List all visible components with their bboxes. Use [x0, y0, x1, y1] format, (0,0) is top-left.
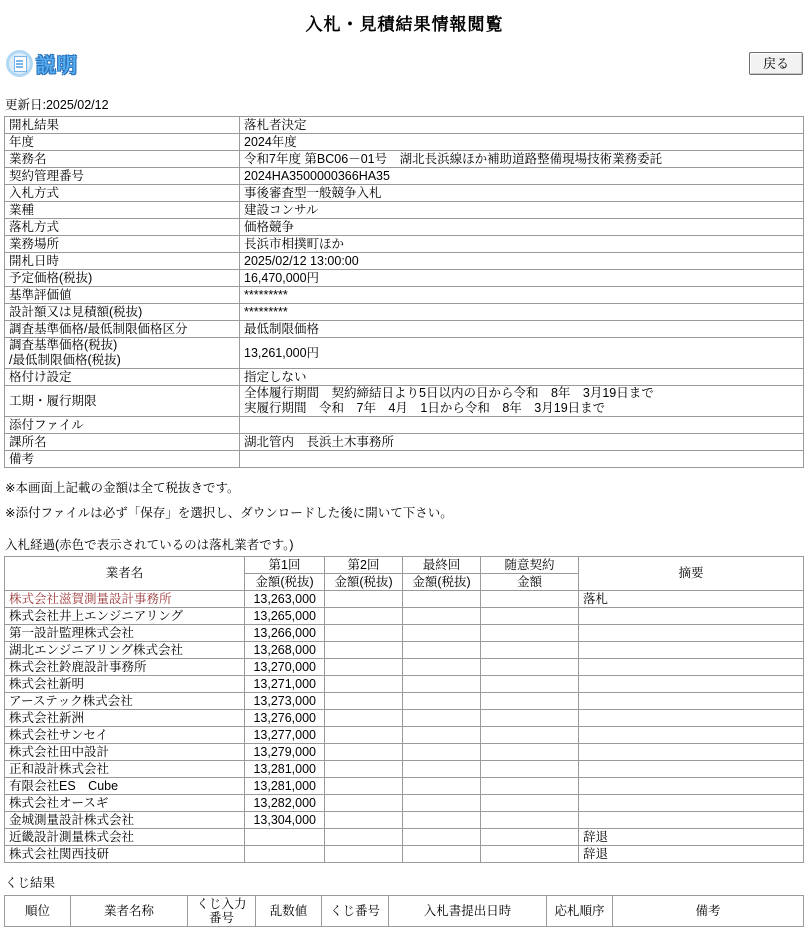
- detail-label: 備考: [5, 451, 240, 468]
- bid-amount-round2: [325, 727, 403, 744]
- vendor-name: 株式会社新明: [5, 676, 245, 693]
- bid-amount-negotiated: [481, 659, 579, 676]
- bid-row: 株式会社井上エンジニアリング 13,265,000: [5, 608, 804, 625]
- bid-note: [579, 659, 804, 676]
- bid-amount-final: [403, 761, 481, 778]
- lottery-header-cell: 乱数値: [256, 896, 322, 927]
- bid-amount-negotiated: [481, 642, 579, 659]
- vendor-name: 株式会社新洲: [5, 710, 245, 727]
- summary-column-header: 摘要: [579, 557, 804, 591]
- lottery-header-cell: 応札順序: [547, 896, 613, 927]
- bid-row: 金城測量設計株式会社 13,304,000: [5, 812, 804, 829]
- bid-amount-round1: 13,304,000: [245, 812, 325, 829]
- round2-subheader: 金額(税抜): [325, 574, 403, 591]
- bid-amount-final: [403, 744, 481, 761]
- round1-header: 第1回: [245, 557, 325, 574]
- detail-value: *********: [240, 304, 804, 321]
- detail-row: 開札日時 2025/02/12 13:00:00: [5, 253, 804, 270]
- bid-row: 株式会社関西技研 辞退: [5, 846, 804, 863]
- detail-row: 入札方式 事後審査型一般競争入札: [5, 185, 804, 202]
- bid-amount-final: [403, 676, 481, 693]
- bid-amount-round2: [325, 642, 403, 659]
- detail-label: 設計額又は見積額(税抜): [5, 304, 240, 321]
- detail-value: 2024年度: [240, 134, 804, 151]
- negotiated-amount-subheader: 金額: [481, 574, 579, 591]
- detail-row: 予定価格(税抜) 16,470,000円: [5, 270, 804, 287]
- vendor-name: 正和設計株式会社: [5, 761, 245, 778]
- bid-amount-round2: [325, 710, 403, 727]
- bid-row: 湖北エンジニアリング株式会社 13,268,000: [5, 642, 804, 659]
- detail-row: 調査基準価格(税抜) /最低制限価格(税抜) 13,261,000円: [5, 338, 804, 369]
- bid-note: 落札: [579, 591, 804, 608]
- detail-row: 業務場所 長浜市相撲町ほか: [5, 236, 804, 253]
- bid-amount-final: [403, 642, 481, 659]
- bid-amount-negotiated: [481, 608, 579, 625]
- bid-amount-round2: [325, 812, 403, 829]
- detail-row: 基準評価値 *********: [5, 287, 804, 304]
- bid-amount-final: [403, 659, 481, 676]
- detail-label: 格付け設定: [5, 369, 240, 386]
- detail-label: 工期・履行期限: [5, 386, 240, 417]
- bid-amount-negotiated: [481, 846, 579, 863]
- bid-amount-round2: [325, 625, 403, 642]
- bid-note: [579, 625, 804, 642]
- detail-value: [240, 417, 804, 434]
- bid-amount-round1: 13,263,000: [245, 591, 325, 608]
- detail-label: 開札日時: [5, 253, 240, 270]
- bid-amount-negotiated: [481, 829, 579, 846]
- bid-amount-negotiated: [481, 795, 579, 812]
- vendor-name: 湖北エンジニアリング株式会社: [5, 642, 245, 659]
- vendor-name: 第一設計監理株式会社: [5, 625, 245, 642]
- detail-row: 落札方式 価格競争: [5, 219, 804, 236]
- bid-amount-final: [403, 693, 481, 710]
- update-date: 更新日:2025/02/12: [5, 95, 805, 113]
- lottery-heading: くじ結果: [5, 873, 805, 891]
- explain-button[interactable]: 説明: [6, 49, 78, 78]
- notes: ※本画面上記載の金額は全て税抜きです。 ※添付ファイルは必ず「保存」を選択し、ダ…: [5, 478, 805, 521]
- bid-note: 辞退: [579, 846, 804, 863]
- bid-history-heading: 入札経過(赤色で表示されているのは落札業者です。): [5, 535, 805, 553]
- bid-amount-negotiated: [481, 761, 579, 778]
- bid-amount-round2: [325, 659, 403, 676]
- vendor-name: 株式会社サンセイ: [5, 727, 245, 744]
- vendor-name: アーステック株式会社: [5, 693, 245, 710]
- bid-amount-negotiated: [481, 676, 579, 693]
- detail-value: 令和7年度 第BC06－01号 湖北長浜線ほか補助道路整備現場技術業務委託: [240, 151, 804, 168]
- lottery-header-cell: くじ番号: [322, 896, 389, 927]
- bid-amount-final: [403, 812, 481, 829]
- bid-amount-negotiated: [481, 744, 579, 761]
- bid-row: 第一設計監理株式会社 13,266,000: [5, 625, 804, 642]
- bid-amount-round2: [325, 676, 403, 693]
- detail-value: 13,261,000円: [240, 338, 804, 369]
- bid-amount-final: [403, 795, 481, 812]
- final-round-subheader: 金額(税抜): [403, 574, 481, 591]
- detail-label: 調査基準価格/最低制限価格区分: [5, 321, 240, 338]
- detail-label: 業種: [5, 202, 240, 219]
- bid-amount-final: [403, 829, 481, 846]
- round1-subheader: 金額(税抜): [245, 574, 325, 591]
- detail-label: 基準評価値: [5, 287, 240, 304]
- bid-amount-final: [403, 727, 481, 744]
- bid-amount-final: [403, 625, 481, 642]
- detail-label: 予定価格(税抜): [5, 270, 240, 287]
- bid-amount-negotiated: [481, 812, 579, 829]
- detail-value: 2024HA3500000366HA35: [240, 168, 804, 185]
- bid-amount-round2: [325, 829, 403, 846]
- detail-row: 備考: [5, 451, 804, 468]
- vendor-name: 株式会社鈴鹿設計事務所: [5, 659, 245, 676]
- page-title: 入札・見積結果情報閲覧: [4, 10, 805, 35]
- back-button[interactable]: 戻る: [749, 52, 803, 75]
- detail-label: 業務場所: [5, 236, 240, 253]
- detail-label: 課所名: [5, 434, 240, 451]
- detail-row: 調査基準価格/最低制限価格区分 最低制限価格: [5, 321, 804, 338]
- bid-row: 株式会社オースギ 13,282,000: [5, 795, 804, 812]
- bid-amount-round2: [325, 761, 403, 778]
- bid-note: [579, 812, 804, 829]
- detail-label: 開札結果: [5, 117, 240, 134]
- bid-amount-round1: 13,266,000: [245, 625, 325, 642]
- detail-value: [240, 451, 804, 468]
- lottery-table: 順位 業者名称 くじ入力番号 乱数値 くじ番号 入札書提出日時 応札順序 備考: [4, 895, 804, 927]
- note-line: ※添付ファイルは必ず「保存」を選択し、ダウンロードした後に開いて下さい。: [5, 503, 805, 521]
- bid-amount-negotiated: [481, 710, 579, 727]
- detail-table: 開札結果 落札者決定 年度 2024年度 業務名 令和7年度 第BC06－01号…: [4, 116, 804, 468]
- lottery-table-head: 順位 業者名称 くじ入力番号 乱数値 くじ番号 入札書提出日時 応札順序 備考: [5, 896, 804, 927]
- bid-amount-final: [403, 591, 481, 608]
- bid-row: 株式会社滋賀測量設計事務所 13,263,000 落札: [5, 591, 804, 608]
- vendor-column-header: 業者名: [5, 557, 245, 591]
- vendor-name: 株式会社井上エンジニアリング: [5, 608, 245, 625]
- bid-amount-round2: [325, 744, 403, 761]
- vendor-name: 株式会社オースギ: [5, 795, 245, 812]
- detail-row: 格付け設定 指定しない: [5, 369, 804, 386]
- detail-value: 全体履行期間 契約締結日より5日以内の日から令和 8年 3月19日まで 実履行期…: [240, 386, 804, 417]
- bid-row: 株式会社新明 13,271,000: [5, 676, 804, 693]
- toolbar: 説明 戻る: [6, 47, 803, 79]
- detail-value: 指定しない: [240, 369, 804, 386]
- bid-row: 正和設計株式会社 13,281,000: [5, 761, 804, 778]
- detail-value: 16,470,000円: [240, 270, 804, 287]
- detail-row: 工期・履行期限 全体履行期間 契約締結日より5日以内の日から令和 8年 3月19…: [5, 386, 804, 417]
- bid-amount-round1: 13,282,000: [245, 795, 325, 812]
- bid-amount-negotiated: [481, 625, 579, 642]
- bid-amount-round1: 13,277,000: [245, 727, 325, 744]
- bid-amount-round1: 13,276,000: [245, 710, 325, 727]
- bid-amount-negotiated: [481, 591, 579, 608]
- detail-label: 調査基準価格(税抜) /最低制限価格(税抜): [5, 338, 240, 369]
- detail-value: 2025/02/12 13:00:00: [240, 253, 804, 270]
- detail-row: 課所名 湖北管内 長浜土木事務所: [5, 434, 804, 451]
- bid-amount-round2: [325, 795, 403, 812]
- bid-row: 株式会社サンセイ 13,277,000: [5, 727, 804, 744]
- lottery-header-cell: くじ入力番号: [188, 896, 256, 927]
- lottery-header-row: 順位 業者名称 くじ入力番号 乱数値 くじ番号 入札書提出日時 応札順序 備考: [5, 896, 804, 927]
- lottery-header-cell: 入札書提出日時: [389, 896, 547, 927]
- vendor-name: 株式会社滋賀測量設計事務所: [5, 591, 245, 608]
- document-icon: [6, 50, 33, 77]
- final-round-header: 最終回: [403, 557, 481, 574]
- negotiated-contract-header: 随意契約: [481, 557, 579, 574]
- bid-note: 辞退: [579, 829, 804, 846]
- bid-note: [579, 676, 804, 693]
- detail-label: 落札方式: [5, 219, 240, 236]
- bid-amount-round2: [325, 591, 403, 608]
- bid-amount-round2: [325, 778, 403, 795]
- detail-row: 契約管理番号 2024HA3500000366HA35: [5, 168, 804, 185]
- bid-amount-final: [403, 846, 481, 863]
- bid-row: アーステック株式会社 13,273,000: [5, 693, 804, 710]
- detail-label: 契約管理番号: [5, 168, 240, 185]
- detail-value: 落札者決定: [240, 117, 804, 134]
- bid-table: 業者名 第1回 第2回 最終回 随意契約 摘要 金額(税抜) 金額(税抜) 金額…: [4, 556, 804, 863]
- bid-amount-round1: 13,281,000: [245, 778, 325, 795]
- bid-amount-negotiated: [481, 727, 579, 744]
- detail-value: *********: [240, 287, 804, 304]
- detail-label: 年度: [5, 134, 240, 151]
- detail-row: 開札結果 落札者決定: [5, 117, 804, 134]
- bid-note: [579, 795, 804, 812]
- bid-amount-round2: [325, 693, 403, 710]
- bid-row: 株式会社田中設計 13,279,000: [5, 744, 804, 761]
- bid-note: [579, 761, 804, 778]
- detail-value: 長浜市相撲町ほか: [240, 236, 804, 253]
- bid-amount-round1: 13,271,000: [245, 676, 325, 693]
- detail-row: 業務名 令和7年度 第BC06－01号 湖北長浜線ほか補助道路整備現場技術業務委…: [5, 151, 804, 168]
- bid-note: [579, 693, 804, 710]
- page: 入札・見積結果情報閲覧 説明 戻る 更新日:2025/02/12 開札結果 落札…: [0, 0, 810, 937]
- bid-amount-round2: [325, 846, 403, 863]
- detail-row: 添付ファイル: [5, 417, 804, 434]
- bid-note: [579, 744, 804, 761]
- bid-amount-negotiated: [481, 693, 579, 710]
- bid-amount-round1: 13,268,000: [245, 642, 325, 659]
- detail-label: 入札方式: [5, 185, 240, 202]
- bid-amount-round1: [245, 829, 325, 846]
- bid-amount-final: [403, 778, 481, 795]
- lottery-header-cell: 業者名称: [71, 896, 188, 927]
- bid-row: 近畿設計測量株式会社 辞退: [5, 829, 804, 846]
- bid-amount-final: [403, 710, 481, 727]
- bid-table-head: 業者名 第1回 第2回 最終回 随意契約 摘要 金額(税抜) 金額(税抜) 金額…: [5, 557, 804, 591]
- detail-value: 最低制限価格: [240, 321, 804, 338]
- lottery-header-cell: 備考: [613, 896, 804, 927]
- vendor-name: 近畿設計測量株式会社: [5, 829, 245, 846]
- detail-row: 年度 2024年度: [5, 134, 804, 151]
- detail-value: 価格競争: [240, 219, 804, 236]
- detail-value: 事後審査型一般競争入札: [240, 185, 804, 202]
- bid-amount-round1: 13,270,000: [245, 659, 325, 676]
- bid-note: [579, 778, 804, 795]
- bid-amount-round1: [245, 846, 325, 863]
- bid-note: [579, 727, 804, 744]
- bid-amount-round2: [325, 608, 403, 625]
- bid-note: [579, 608, 804, 625]
- bid-amount-round1: 13,281,000: [245, 761, 325, 778]
- detail-value: 湖北管内 長浜土木事務所: [240, 434, 804, 451]
- vendor-name: 有限会社ES Cube: [5, 778, 245, 795]
- bid-note: [579, 710, 804, 727]
- bid-amount-round1: 13,273,000: [245, 693, 325, 710]
- bid-row: 株式会社鈴鹿設計事務所 13,270,000: [5, 659, 804, 676]
- detail-row: 業種 建設コンサル: [5, 202, 804, 219]
- detail-label: 業務名: [5, 151, 240, 168]
- round2-header: 第2回: [325, 557, 403, 574]
- bid-amount-final: [403, 608, 481, 625]
- detail-value: 建設コンサル: [240, 202, 804, 219]
- bid-row: 有限会社ES Cube 13,281,000: [5, 778, 804, 795]
- lottery-header-cell: 順位: [5, 896, 71, 927]
- vendor-name: 株式会社田中設計: [5, 744, 245, 761]
- bid-row: 株式会社新洲 13,276,000: [5, 710, 804, 727]
- detail-row: 設計額又は見積額(税抜) *********: [5, 304, 804, 321]
- bid-amount-round1: 13,265,000: [245, 608, 325, 625]
- bid-amount-round1: 13,279,000: [245, 744, 325, 761]
- bid-amount-negotiated: [481, 778, 579, 795]
- bid-header-row-1: 業者名 第1回 第2回 最終回 随意契約 摘要: [5, 557, 804, 574]
- explain-button-label: 説明: [36, 49, 78, 78]
- bid-note: [579, 642, 804, 659]
- vendor-name: 金城測量設計株式会社: [5, 812, 245, 829]
- note-line: ※本画面上記載の金額は全て税抜きです。: [5, 478, 805, 496]
- vendor-name: 株式会社関西技研: [5, 846, 245, 863]
- detail-label: 添付ファイル: [5, 417, 240, 434]
